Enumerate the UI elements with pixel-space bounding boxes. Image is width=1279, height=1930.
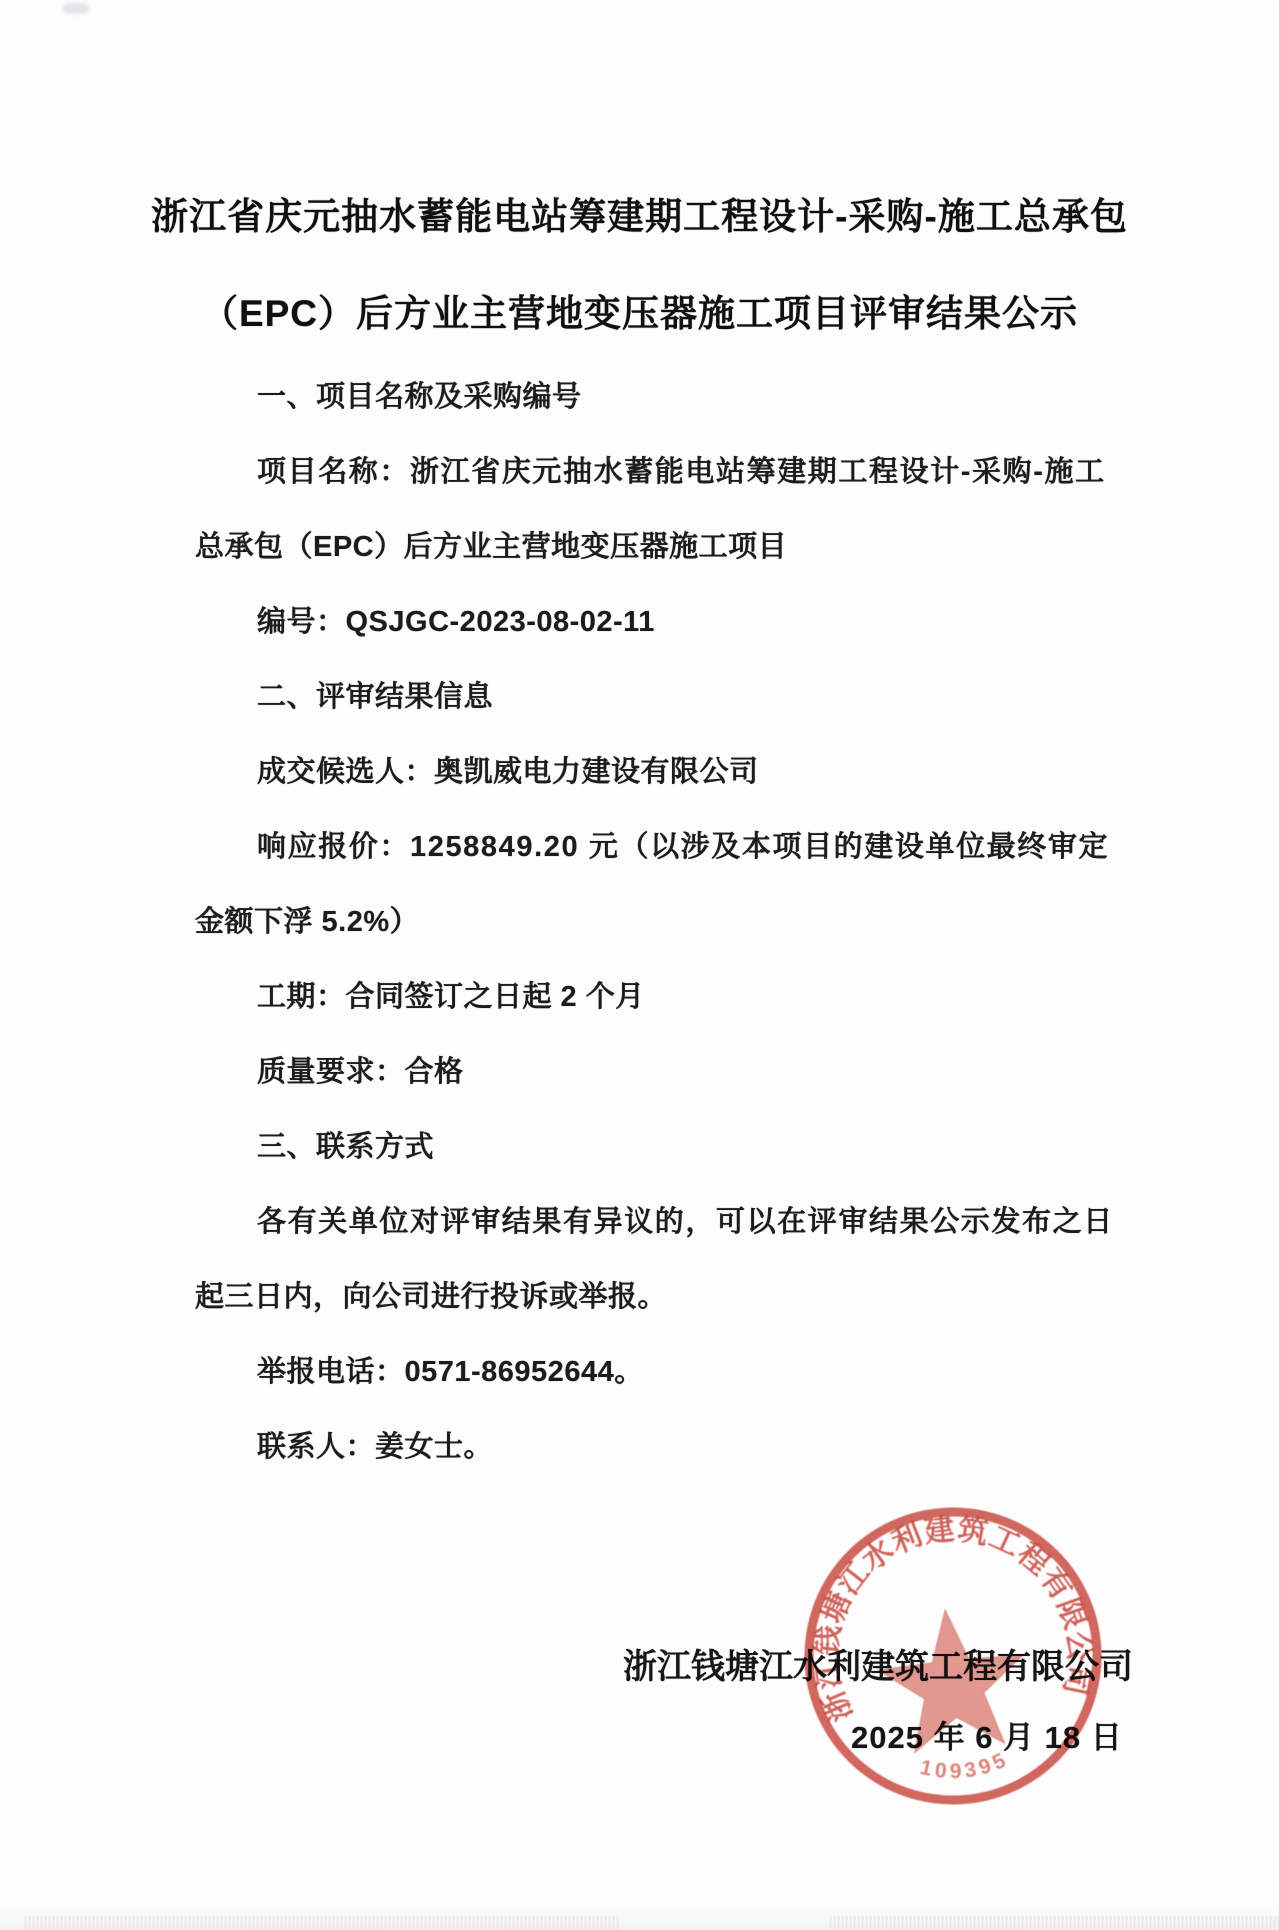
doc-line-price: 响应报价：1258849.20 元（以涉及本项目的建设单位最终审定 <box>257 829 1109 865</box>
doc-line-contact: 联系人：姜女士。 <box>257 1429 493 1465</box>
doc-line-duration: 工期：合同签订之日起 2 个月 <box>257 979 645 1015</box>
doc-line-winner: 成交候选人：奥凯威电力建设有限公司 <box>257 754 759 790</box>
scan-artifact-top <box>62 3 90 14</box>
doc-line-phone: 举报电话：0571-86952644。 <box>257 1354 644 1390</box>
doc-line-section-3: 三、联系方式 <box>257 1129 434 1165</box>
seal-serial-number: 109395 <box>916 1747 1014 1788</box>
doc-line-number: 编号：QSJGC-2023-08-02-11 <box>257 604 655 640</box>
doc-line-objection-2: 起三日内，向公司进行投诉或举报。 <box>195 1279 667 1315</box>
document-title-line-1: 浙江省庆元抽水蓄能电站筹建期工程设计-采购-施工总承包 <box>0 186 1279 240</box>
document-page: 浙江省庆元抽水蓄能电站筹建期工程设计-采购-施工总承包 （EPC）后方业主营地变… <box>0 0 1279 1930</box>
doc-line-section-1: 一、项目名称及采购编号 <box>257 379 582 415</box>
seal-star-icon <box>873 1603 1031 1755</box>
doc-line-project-name: 项目名称：浙江省庆元抽水蓄能电站筹建期工程设计-采购-施工 <box>257 454 1106 490</box>
doc-line-objection: 各有关单位对评审结果有异议的，可以在评审结果公示发布之日 <box>257 1204 1114 1240</box>
document-title-line-2: （EPC）后方业主营地变压器施工项目评审结果公示 <box>0 283 1279 337</box>
svg-text:109395: 109395 <box>916 1747 1014 1788</box>
company-seal: 浙江钱塘江水利建筑工程有限公司 109395 <box>793 1496 1113 1816</box>
scan-edge-shadow <box>0 1904 1279 1930</box>
doc-line-project-name-2: 总承包（EPC）后方业主营地变压器施工项目 <box>195 529 787 565</box>
doc-line-price-2: 金额下浮 5.2%） <box>195 904 419 940</box>
doc-line-quality: 质量要求：合格 <box>257 1054 464 1090</box>
doc-line-section-2: 二、评审结果信息 <box>257 679 493 715</box>
